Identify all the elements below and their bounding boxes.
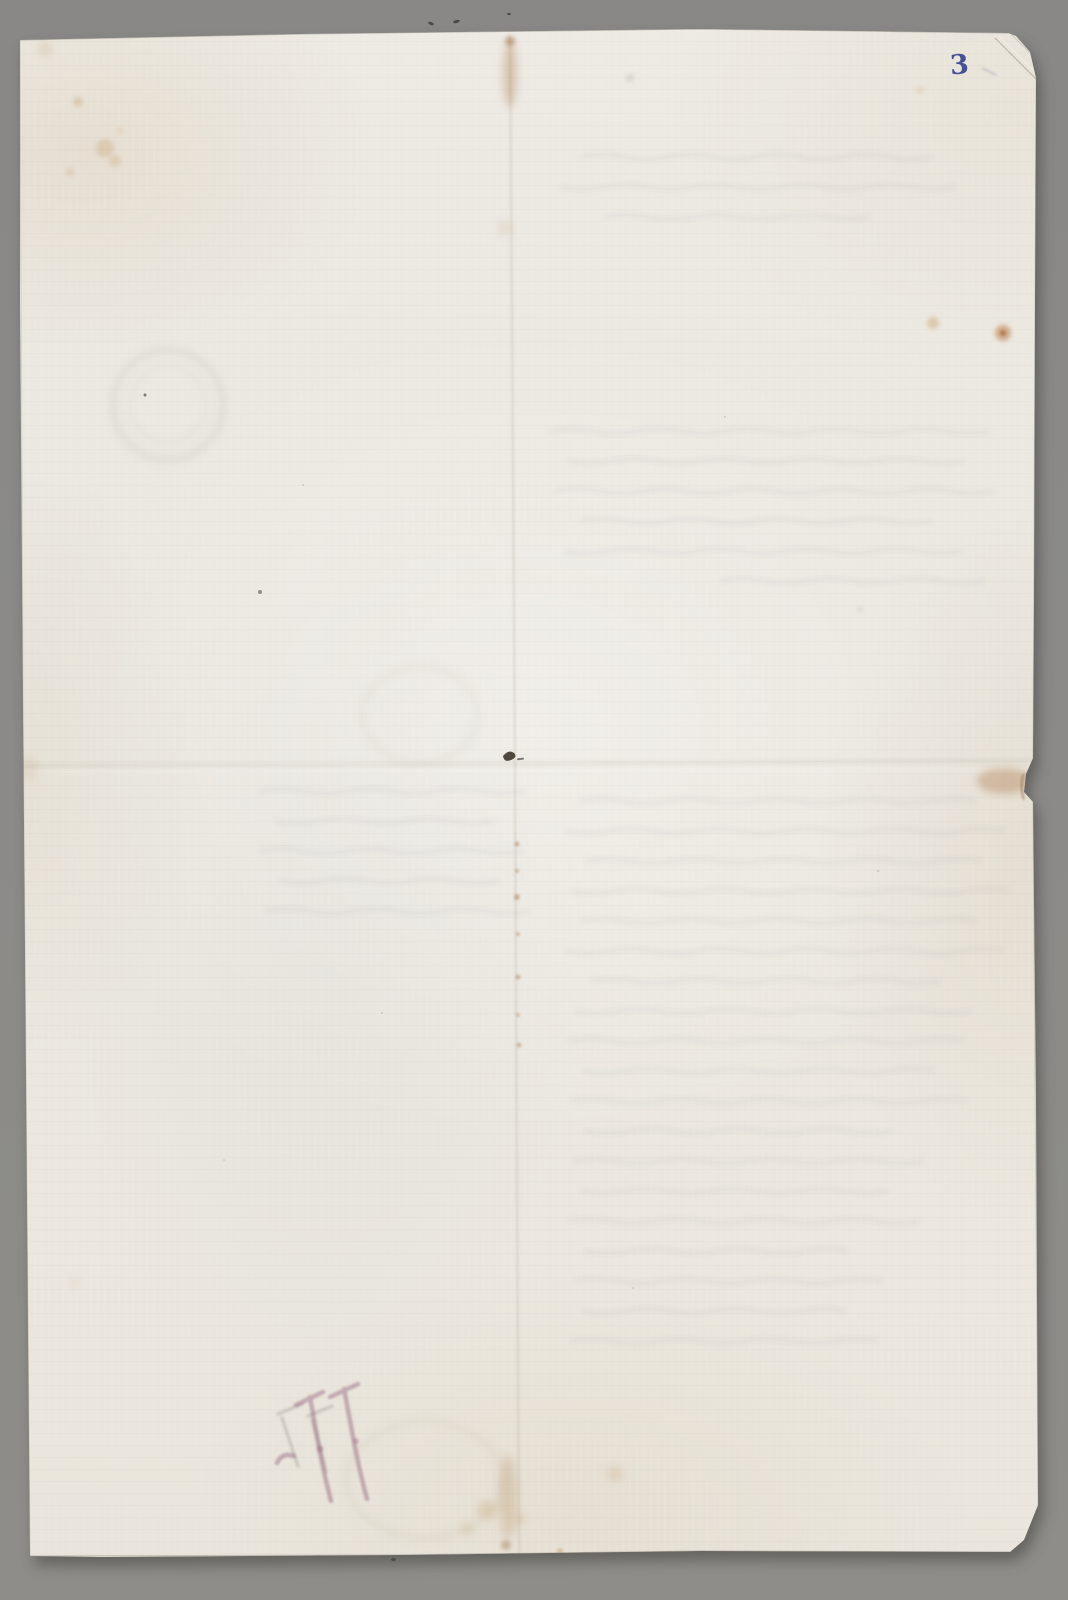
foxing-stains <box>66 74 1011 1536</box>
fold-stains <box>20 36 1033 1554</box>
backdrop-speck <box>391 1558 396 1561</box>
seal-impressions <box>113 350 503 1538</box>
manuscript-page: 3 <box>20 29 1038 1557</box>
fold-lines <box>23 37 1033 1555</box>
photo-background: 3 <box>0 0 1068 1600</box>
paper-edge-rims <box>20 29 1038 1556</box>
ink-bleed-through <box>260 155 1010 1344</box>
center-ink-blot <box>503 752 524 761</box>
paper-detail-layer <box>20 29 1038 1557</box>
pencil-mark-77 <box>277 1384 367 1501</box>
page-number: 3 <box>949 50 991 80</box>
backdrop-speck <box>507 13 511 15</box>
paper-shadow-wrapper: 3 <box>0 0 1068 1600</box>
corner-crease <box>995 35 1037 79</box>
